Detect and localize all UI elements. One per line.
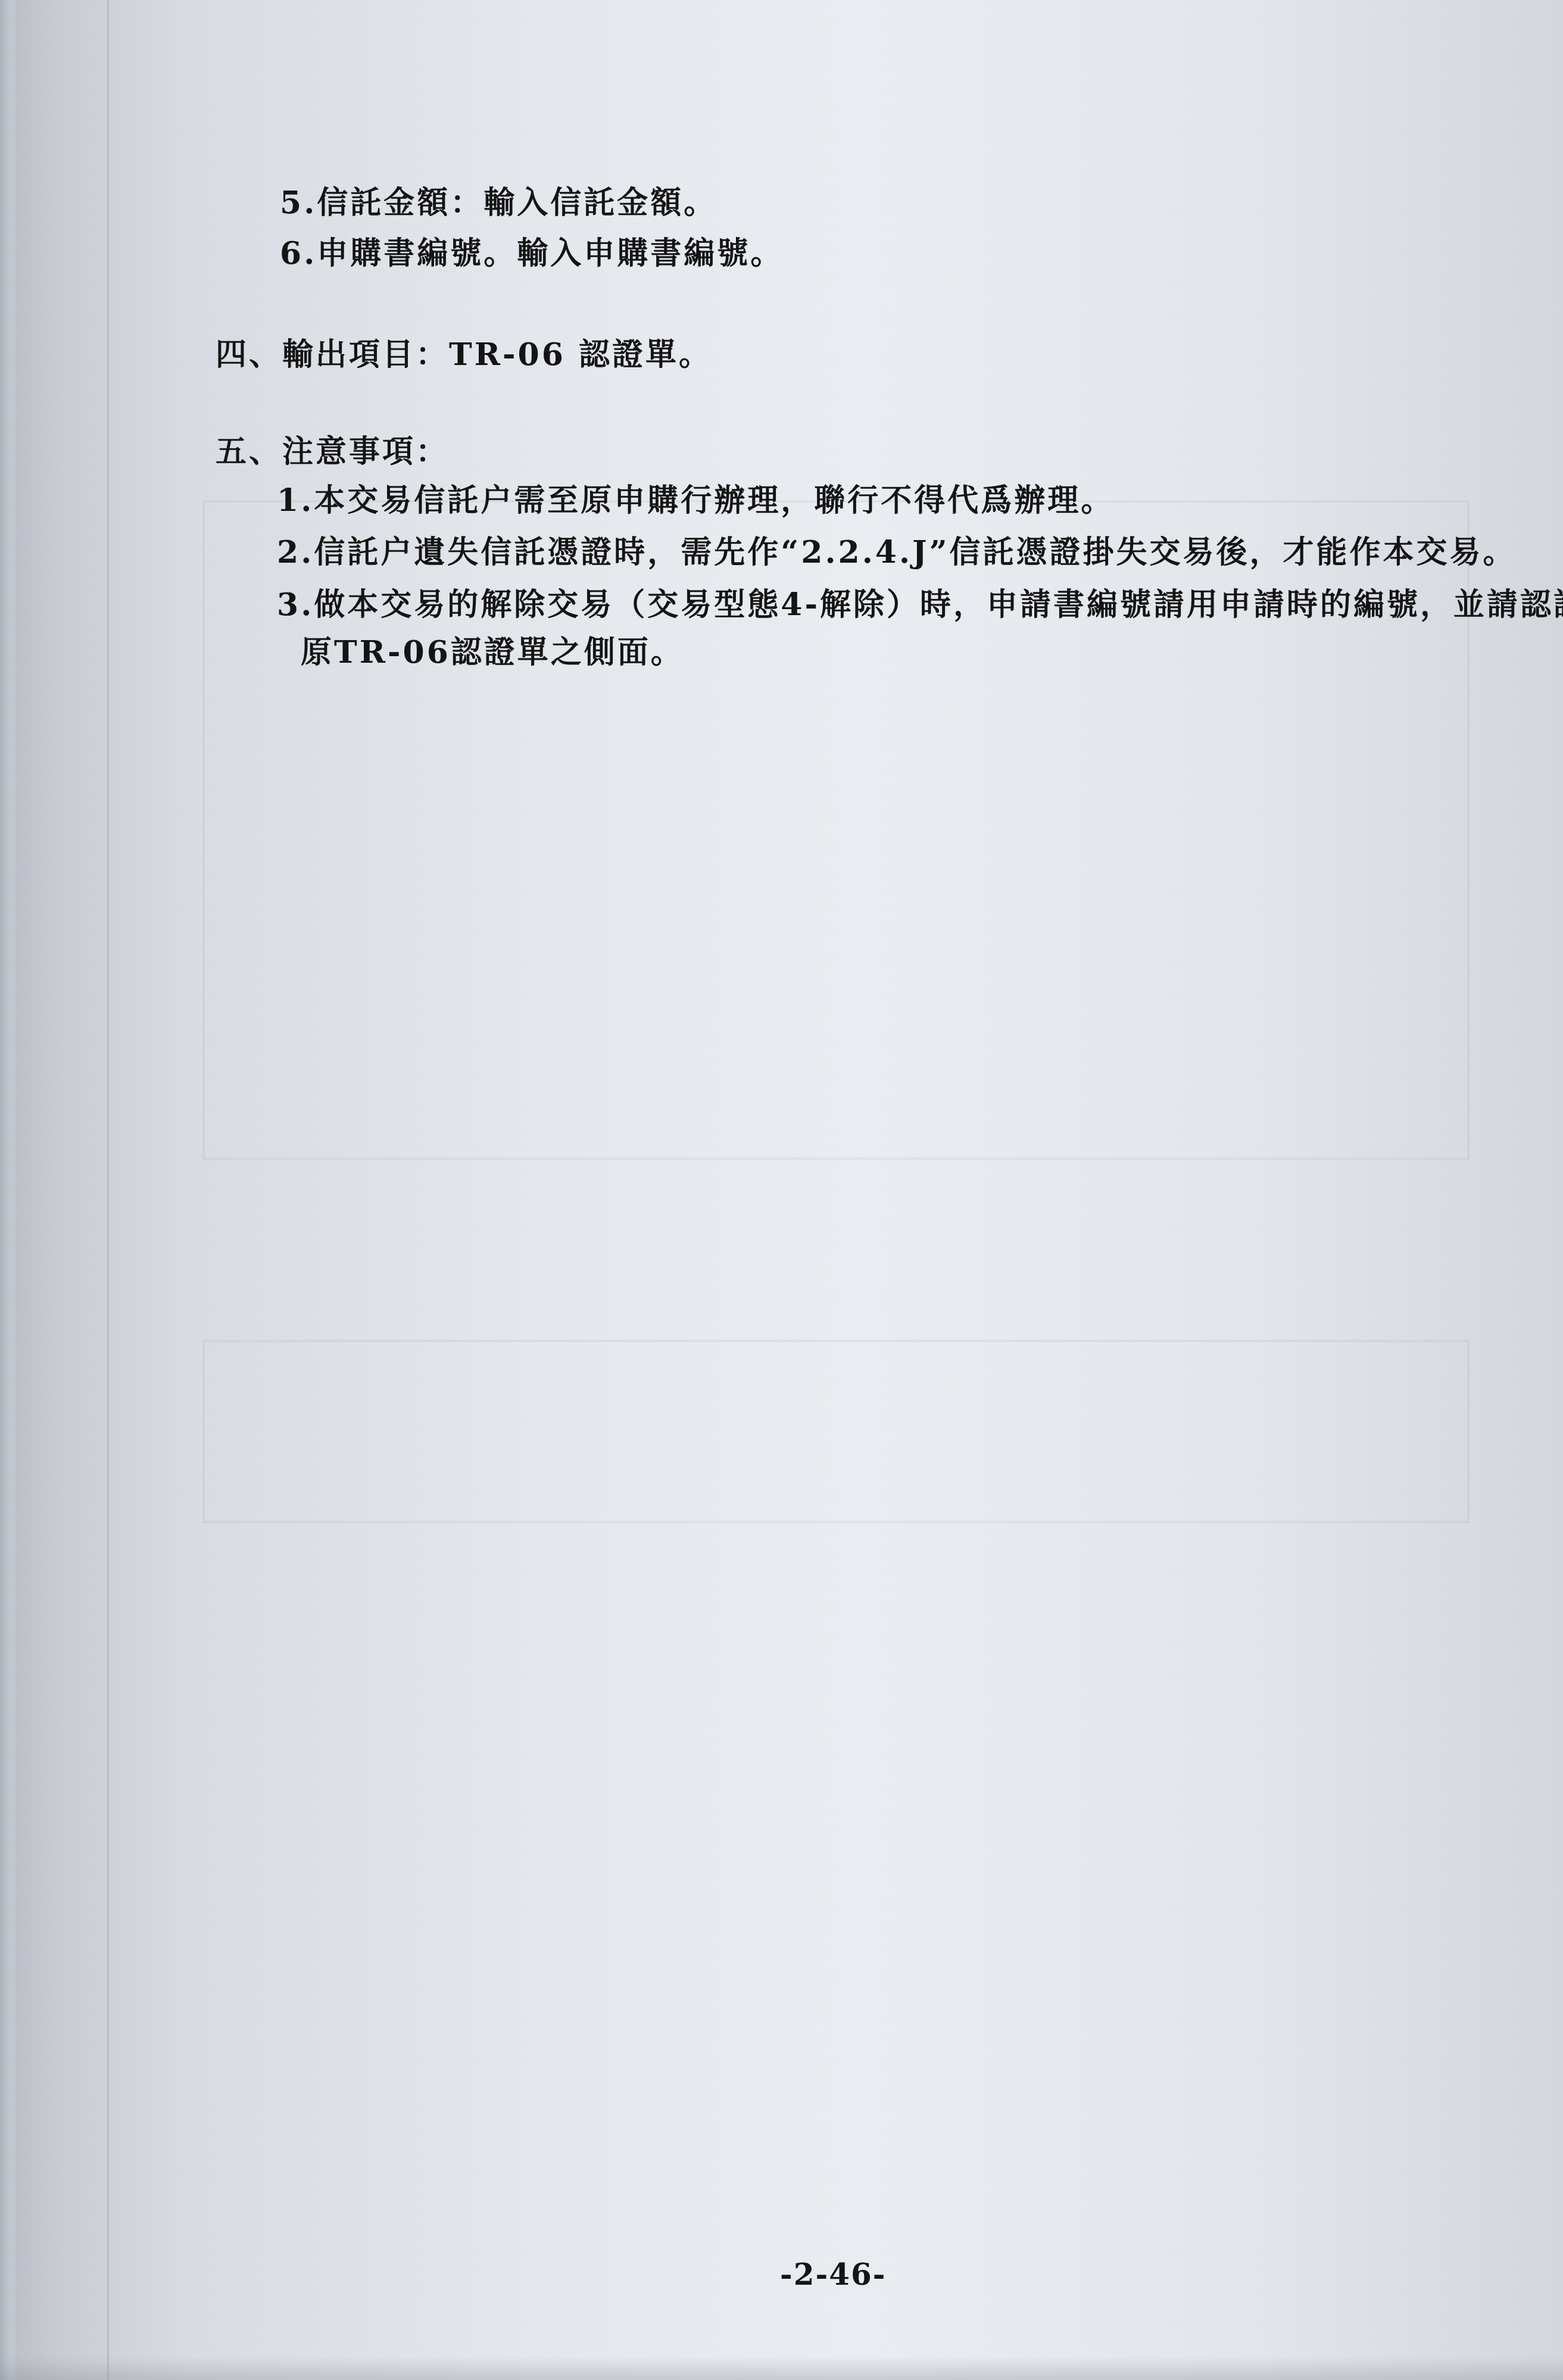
note-number: 2.: [277, 534, 314, 570]
note-number: 3.: [277, 587, 314, 623]
note-3: 3.做本交易的解除交易（交易型態4-解除）時，申請書編號請用申請時的編號，並請認…: [277, 587, 1563, 623]
note-number: 1.: [277, 482, 314, 519]
page-number: -2-46-: [780, 2257, 887, 2292]
note-3-continuation: 原TR-06認證單之側面。: [301, 634, 684, 671]
section-four-heading: 四、輸出項目：TR-06 認證單。: [216, 336, 712, 373]
note-2: 2.信託户遺失信託憑證時，需先作“2.2.4.J”信託憑證掛失交易後，才能作本交…: [277, 534, 1517, 571]
page-bottom-shadow: [0, 2356, 1563, 2380]
page-fold-line: [107, 0, 109, 2380]
note-text: 信託户遺失信託憑證時，需先作“2.2.4.J”信託憑證掛失交易後，才能作本交易。: [314, 534, 1516, 570]
section-five-heading: 五、注意事項：: [216, 433, 449, 470]
item-number: 5.: [280, 185, 317, 221]
note-text: 本交易信託户需至原申購行辦理，聯行不得代爲辦理。: [314, 482, 1114, 519]
page-binding-edge: [0, 0, 15, 2380]
input-item-6: 6.申購書編號。輸入申購書編號。: [280, 235, 784, 272]
bleed-through-table-ghost: [202, 1340, 1470, 1523]
note-text: 做本交易的解除交易（交易型態4-解除）時，申請書編號請用申請時的編號，並請認證: [314, 587, 1563, 623]
item-number: 6.: [280, 235, 317, 272]
item-text: 申購書編號。輸入申購書編號。: [317, 235, 784, 272]
item-text: 信託金額：輸入信託金額。: [317, 185, 717, 221]
note-1: 1.本交易信託户需至原申購行辦理，聯行不得代爲辦理。: [277, 482, 1114, 519]
input-item-5: 5.信託金額：輸入信託金額。: [280, 185, 717, 222]
